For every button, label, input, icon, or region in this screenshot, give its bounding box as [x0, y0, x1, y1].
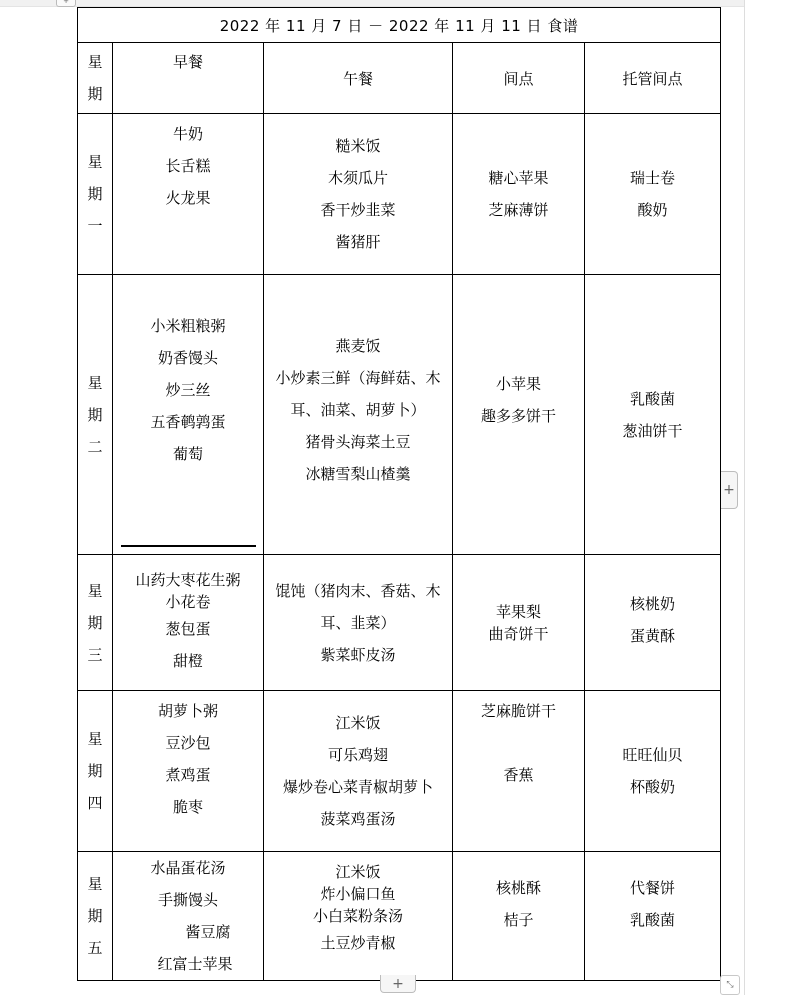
menu-item: 牛奶 [113, 118, 263, 150]
breakfast-cell[interactable]: 小米粗粮粥 奶香馒头 炒三丝 五香鹌鹑蛋 葡萄 [113, 275, 264, 555]
menu-item: 酱猪肝 [264, 226, 452, 258]
menu-item: 杯酸奶 [585, 771, 720, 803]
care-snack-cell[interactable]: 瑞士卷 酸奶 [585, 114, 721, 275]
title-cell[interactable]: 2022 年 11 月 7 日 － 2022 年 11 月 11 日 食谱 [78, 8, 721, 43]
menu-item: 香干炒韭菜 [264, 194, 452, 226]
resize-diagonal-icon: ⤡ [726, 980, 733, 990]
menu-item: 核桃酥 [453, 872, 584, 904]
menu-item: 酱豆腐 [113, 916, 263, 948]
menu-item: 炸小偏口鱼 [264, 883, 452, 905]
menu-item: 苹果梨 [453, 601, 584, 623]
header-breakfast-cell[interactable]: 早餐 [113, 43, 264, 114]
header-snack: 间点 [503, 70, 533, 88]
header-care-snack: 托管间点 [623, 70, 683, 88]
menu-item: 红富士苹果 [113, 948, 263, 980]
day-char: 星 [78, 575, 112, 607]
day-char: 二 [78, 431, 112, 463]
table-row-monday: 星 期 一 牛奶 长舌糕 火龙果 糙米饭 木须瓜片 香干炒韭菜 酱猪肝 糖心苹果… [78, 114, 721, 275]
menu-item: 燕麦饭 [264, 330, 452, 362]
day-char: 期 [78, 607, 112, 639]
day-cell[interactable]: 星 期 一 [78, 114, 113, 275]
menu-item: 糙米饭 [264, 130, 452, 162]
menu-item: 豆沙包 [113, 727, 263, 759]
day-char: 期 [78, 755, 112, 787]
menu-item: 山药大枣花生粥 [113, 569, 263, 591]
menu-item: 胡萝卜粥 [113, 695, 263, 727]
day-cell[interactable]: 星 期 四 [78, 691, 113, 852]
menu-item: 小炒素三鲜（海鲜菇、木耳、油菜、胡萝卜） [264, 362, 452, 426]
menu-item: 葱油饼干 [585, 415, 720, 447]
menu-item: 小苹果 [453, 368, 584, 400]
menu-item: 火龙果 [113, 182, 263, 214]
menu-item: 江米饭 [264, 861, 452, 883]
menu-item: 糖心苹果 [453, 162, 584, 194]
menu-item: 代餐饼 [585, 872, 720, 904]
day-cell[interactable]: 星 期 五 [78, 852, 113, 981]
menu-item: 奶香馒头 [113, 342, 263, 374]
menu-item: 乳酸菌 [585, 383, 720, 415]
add-column-button[interactable]: + [721, 471, 738, 509]
lunch-cell[interactable]: 馄饨（猪肉末、香菇、木耳、韭菜） 紫菜虾皮汤 [264, 555, 453, 691]
day-char: 星 [78, 367, 112, 399]
plus-icon: + [392, 976, 404, 992]
title-row: 2022 年 11 月 7 日 － 2022 年 11 月 11 日 食谱 [78, 8, 721, 43]
lunch-cell[interactable]: 燕麦饭 小炒素三鲜（海鲜菇、木耳、油菜、胡萝卜） 猪骨头海菜土豆 冰糖雪梨山楂羹 [264, 275, 453, 555]
menu-item: 桔子 [453, 904, 584, 936]
menu-item: 爆炒卷心菜青椒胡萝卜 [264, 771, 452, 803]
header-day-char: 期 [78, 78, 112, 110]
day-cell[interactable]: 星 期 二 [78, 275, 113, 555]
menu-item: 炒三丝 [113, 374, 263, 406]
menu-item: 五香鹌鹑蛋 [113, 406, 263, 438]
table-row-wednesday: 星 期 三 山药大枣花生粥 小花卷 葱包蛋 甜橙 馄饨（猪肉末、香菇、木耳、韭菜… [78, 555, 721, 691]
menu-item: 核桃奶 [585, 588, 720, 620]
header-care-snack-cell[interactable]: 托管间点 [585, 43, 721, 114]
menu-item: 瑞士卷 [585, 162, 720, 194]
header-day-cell[interactable]: 星 期 [78, 43, 113, 114]
menu-item: 趣多多饼干 [453, 400, 584, 432]
header-row: 星 期 早餐 午餐 间点 托管间点 [78, 43, 721, 114]
snack-cell[interactable]: 芝麻脆饼干 香蕉 [453, 691, 585, 852]
breakfast-cell[interactable]: 山药大枣花生粥 小花卷 葱包蛋 甜橙 [113, 555, 264, 691]
snack-cell[interactable]: 核桃酥 桔子 [453, 852, 585, 981]
header-breakfast: 早餐 [173, 53, 203, 71]
table-row-tuesday: 星 期 二 小米粗粮粥 奶香馒头 炒三丝 五香鹌鹑蛋 葡萄 燕麦饭 小炒素三鲜（… [78, 275, 721, 555]
cell-bottom-border-mark [121, 545, 256, 547]
menu-item: 脆枣 [113, 791, 263, 823]
menu-item: 小白菜粉条汤 [264, 905, 452, 927]
menu-item: 小米粗粮粥 [113, 310, 263, 342]
page-top-edge [0, 0, 745, 7]
menu-item: 长舌糕 [113, 150, 263, 182]
day-cell[interactable]: 星 期 三 [78, 555, 113, 691]
menu-item: 小花卷 [113, 591, 263, 613]
menu-item: 乳酸菌 [585, 904, 720, 936]
day-char: 星 [78, 868, 112, 900]
day-char: 期 [78, 900, 112, 932]
breakfast-cell[interactable]: 水晶蛋花汤 手撕馒头 酱豆腐 红富士苹果 [113, 852, 264, 981]
breakfast-cell[interactable]: 胡萝卜粥 豆沙包 煮鸡蛋 脆枣 [113, 691, 264, 852]
menu-item: 土豆炒青椒 [264, 927, 452, 959]
menu-item: 江米饭 [264, 707, 452, 739]
menu-item: 木须瓜片 [264, 162, 452, 194]
menu-item: 可乐鸡翅 [264, 739, 452, 771]
menu-item: 手撕馒头 [113, 884, 263, 916]
menu-item: 菠菜鸡蛋汤 [264, 803, 452, 835]
menu-item: 馄饨（猪肉末、香菇、木耳、韭菜） [264, 575, 452, 639]
breakfast-cell[interactable]: 牛奶 长舌糕 火龙果 [113, 114, 264, 275]
day-char: 四 [78, 787, 112, 819]
snack-cell[interactable]: 小苹果 趣多多饼干 [453, 275, 585, 555]
menu-item: 蛋黄酥 [585, 620, 720, 652]
table-resize-button[interactable]: ⤡ [720, 975, 740, 995]
lunch-cell[interactable]: 江米饭 可乐鸡翅 爆炒卷心菜青椒胡萝卜 菠菜鸡蛋汤 [264, 691, 453, 852]
table-move-handle[interactable]: + [56, 0, 76, 7]
day-char: 星 [78, 146, 112, 178]
menu-title: 2022 年 11 月 7 日 － 2022 年 11 月 11 日 食谱 [220, 17, 579, 35]
menu-item: 猪骨头海菜土豆 [264, 426, 452, 458]
day-char: 期 [78, 399, 112, 431]
menu-item: 葱包蛋 [113, 613, 263, 645]
snack-cell[interactable]: 糖心苹果 芝麻薄饼 [453, 114, 585, 275]
care-snack-cell[interactable]: 旺旺仙贝 杯酸奶 [585, 691, 721, 852]
day-char: 三 [78, 639, 112, 671]
header-snack-cell[interactable]: 间点 [453, 43, 585, 114]
lunch-cell[interactable]: 糙米饭 木须瓜片 香干炒韭菜 酱猪肝 [264, 114, 453, 275]
care-snack-cell[interactable]: 代餐饼 乳酸菌 [585, 852, 721, 981]
care-snack-cell[interactable]: 核桃奶 蛋黄酥 [585, 555, 721, 691]
day-char: 五 [78, 932, 112, 964]
day-char: 一 [78, 210, 112, 242]
menu-item: 紫菜虾皮汤 [264, 639, 452, 671]
day-char: 星 [78, 723, 112, 755]
day-char: 期 [78, 178, 112, 210]
menu-item: 旺旺仙贝 [585, 739, 720, 771]
menu-item: 香蕉 [453, 759, 584, 791]
plus-icon: + [723, 482, 735, 498]
header-lunch-cell[interactable]: 午餐 [264, 43, 453, 114]
page-right-edge [744, 0, 745, 995]
menu-item: 冰糖雪梨山楂羹 [264, 458, 452, 490]
snack-cell[interactable]: 苹果梨 曲奇饼干 [453, 555, 585, 691]
table-row-friday: 星 期 五 水晶蛋花汤 手撕馒头 酱豆腐 红富士苹果 江米饭 炸小偏口鱼 小白菜… [78, 852, 721, 981]
menu-item: 芝麻薄饼 [453, 194, 584, 226]
menu-item: 葡萄 [113, 438, 263, 470]
table-row-thursday: 星 期 四 胡萝卜粥 豆沙包 煮鸡蛋 脆枣 江米饭 可乐鸡翅 爆炒卷心菜青椒胡萝… [78, 691, 721, 852]
menu-item: 煮鸡蛋 [113, 759, 263, 791]
menu-item: 芝麻脆饼干 [453, 695, 584, 727]
menu-item: 水晶蛋花汤 [113, 852, 263, 884]
header-day-char: 星 [78, 46, 112, 78]
menu-item: 酸奶 [585, 194, 720, 226]
header-lunch: 午餐 [343, 70, 373, 88]
menu-item: 甜橙 [113, 645, 263, 677]
menu-item [453, 727, 584, 759]
lunch-cell[interactable]: 江米饭 炸小偏口鱼 小白菜粉条汤 土豆炒青椒 [264, 852, 453, 981]
menu-table: 2022 年 11 月 7 日 － 2022 年 11 月 11 日 食谱 星 … [77, 7, 721, 981]
care-snack-cell[interactable]: 乳酸菌 葱油饼干 [585, 275, 721, 555]
menu-item: 曲奇饼干 [453, 623, 584, 645]
add-row-button[interactable]: + [380, 975, 416, 993]
